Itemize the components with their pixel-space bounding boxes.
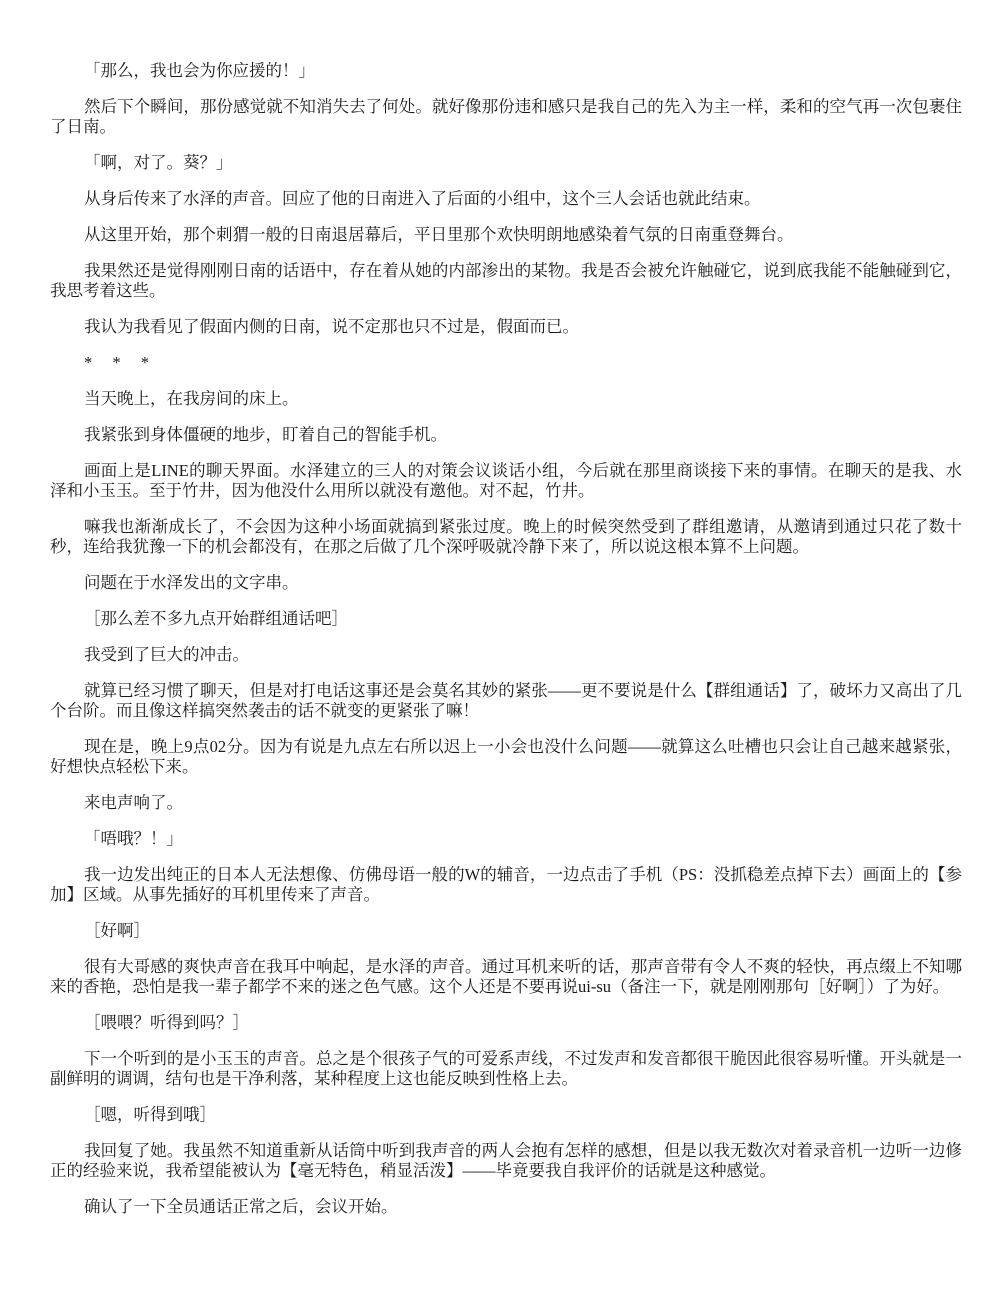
voice-line: ［喂喂？听得到吗？］	[50, 1013, 962, 1033]
paragraph: 我紧张到身体僵硬的地步，盯着自己的智能手机。	[50, 425, 962, 445]
paragraph: 我回复了她。我虽然不知道重新从话筒中听到我声音的两人会抱有怎样的感想，但是以我无…	[50, 1141, 962, 1181]
dialogue-line: 「那么，我也会为你应援的！」	[50, 61, 962, 81]
paragraph: 嘛我也渐渐成长了，不会因为这种小场面就搞到紧张过度。晚上的时候突然受到了群组邀请…	[50, 517, 962, 557]
paragraph: 我受到了巨大的冲击。	[50, 645, 962, 665]
dialogue-line: 「啊，对了。葵？」	[50, 153, 962, 173]
document-page: 「那么，我也会为你应援的！」 然后下个瞬间，那份感觉就不知消失去了何处。就好像那…	[0, 0, 1000, 1294]
paragraph: 当天晚上，在我房间的床上。	[50, 389, 962, 409]
paragraph: 从身后传来了水泽的声音。回应了他的日南进入了后面的小组中，这个三人会话也就此结束…	[50, 189, 962, 209]
paragraph: 下一个听到的是小玉玉的声音。总之是个很孩子气的可爱系声线，不过发声和发音都很干脆…	[50, 1049, 962, 1089]
voice-line: ［嗯，听得到哦］	[50, 1105, 962, 1125]
paragraph: 我果然还是觉得刚刚日南的话语中，存在着从她的内部渗出的某物。我是否会被允许触碰它…	[50, 261, 962, 301]
paragraph: 就算已经习惯了聊天，但是对打电话这事还是会莫名其妙的紧张——更不要说是什么【群组…	[50, 681, 962, 721]
chat-message-line: ［那么差不多九点开始群组通话吧］	[50, 609, 962, 629]
paragraph: 然后下个瞬间，那份感觉就不知消失去了何处。就好像那份违和感只是我自己的先入为主一…	[50, 97, 962, 137]
dialogue-line: 「唔哦？！」	[50, 829, 962, 849]
paragraph: 确认了一下全员通话正常之后，会议开始。	[50, 1197, 962, 1217]
paragraph: 很有大哥感的爽快声音在我耳中响起，是水泽的声音。通过耳机来听的话，那声音带有令人…	[50, 957, 962, 997]
voice-line: ［好啊］	[50, 921, 962, 941]
paragraph: 现在是，晚上9点02分。因为有说是九点左右所以迟上一小会也没什么问题——就算这么…	[50, 737, 962, 777]
paragraph: 来电声响了。	[50, 793, 962, 813]
paragraph: 我一边发出纯正的日本人无法想像、仿佛母语一般的W的辅音，一边点击了手机（PS：没…	[50, 865, 962, 905]
section-separator: * * *	[50, 353, 962, 373]
paragraph: 画面上是LINE的聊天界面。水泽建立的三人的对策会议谈话小组，今后就在那里商谈接…	[50, 461, 962, 501]
paragraph: 从这里开始，那个刺猬一般的日南退居幕后，平日里那个欢快明朗地感染着气氛的日南重登…	[50, 225, 962, 245]
paragraph: 问题在于水泽发出的文字串。	[50, 573, 962, 593]
paragraph: 我认为我看见了假面内侧的日南，说不定那也只不过是，假面而已。	[50, 317, 962, 337]
